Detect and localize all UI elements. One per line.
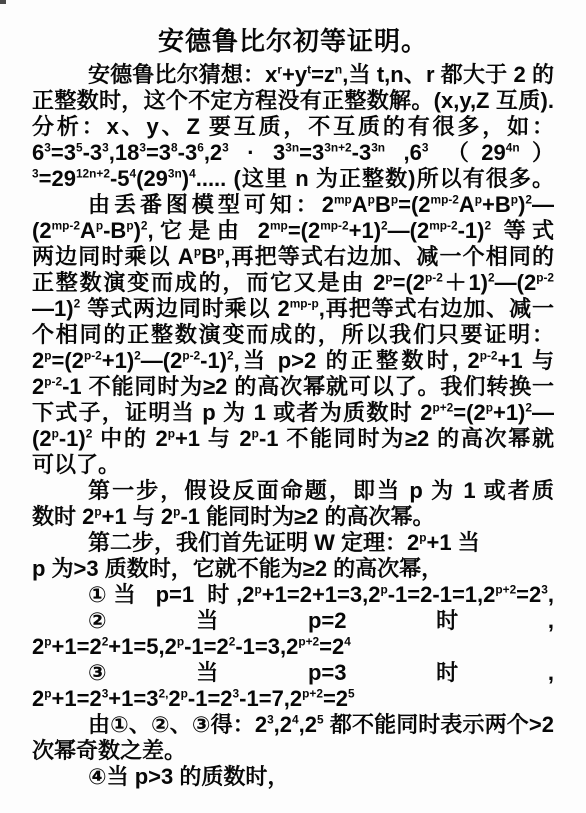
superscript: 2 (488, 271, 495, 285)
superscript: p (475, 193, 482, 207)
superscript: mp-2 (429, 219, 457, 233)
text-run: -3 (352, 140, 372, 165)
text-run: 数时 2 (32, 504, 94, 529)
text-run: —(2 (495, 270, 537, 295)
superscript: 5 (317, 713, 324, 727)
text-line-7: (2mp-2Ap-Bp)2,它是由 2mp=(2mp-2+1)2—(2mp-2-… (32, 218, 554, 244)
text-run: +1 与 2 (102, 504, 174, 529)
superscript: 6 (197, 141, 204, 155)
superscript: 2 (134, 349, 141, 363)
superscript: 3 (44, 141, 51, 155)
text-run: =3 (51, 140, 76, 165)
text-run: B (201, 244, 217, 269)
text-run: -5 (110, 166, 130, 191)
text-run: -1) (458, 218, 485, 243)
text-line-19: 第二步，我们首先证明 W 定理：2p+1 当 (32, 530, 554, 556)
superscript: 3n+2 (324, 141, 351, 155)
text-run: ＋1) (443, 270, 488, 295)
text-run: , (548, 660, 554, 686)
text-run: 2 (32, 374, 44, 399)
superscript: 3 (541, 583, 548, 597)
text-run: 由①、②、③得：2 (88, 712, 267, 737)
text-line-1: 安德鲁比尔猜想：xr+yt=zn,当 t,n、r 都大于 2 的 (32, 62, 554, 88)
text-run: 2 (32, 634, 44, 659)
text-run: ） (520, 140, 554, 165)
text-run: ,再把等式右边加、减一个相同的 (224, 244, 554, 269)
superscript: p (44, 349, 51, 363)
text-run: ) (182, 166, 189, 191)
superscript: 3n (285, 141, 299, 155)
text-run: 时 (436, 660, 458, 686)
superscript: p-2 (425, 271, 443, 285)
text-run: (2 (32, 218, 52, 243)
superscript: p (94, 505, 101, 519)
superscript: p+2 (432, 401, 453, 415)
text-run: =(2 (398, 192, 430, 217)
superscript: 4 (344, 635, 351, 649)
text-line-13: 2p-2-1 不能同时为≥2 的高次幂就可以了。我们转换一 (32, 374, 554, 400)
text-run: -1=7,2 (239, 686, 302, 711)
superscript: p-2 (480, 349, 498, 363)
text-line-25: 2p+1=23+1=32,2p-1=23-1=7,2p+2=25 (32, 686, 554, 712)
superscript: p-2 (44, 375, 62, 389)
text-run: +1=2+1=3,2 (262, 582, 381, 607)
text-line-15: (2p-1)2 中的 2p+1 与 2p-1 不能同时为≥2 的高次幂就 (32, 426, 554, 452)
text-run: ,当 t,n、r 都大于 2 的 (342, 62, 554, 87)
superscript: mp-2 (431, 193, 459, 207)
text-run: p=2 (308, 608, 347, 634)
text-run: +1) (349, 218, 381, 243)
text-run: 等式 (491, 218, 554, 243)
superscript: mp-2 (52, 219, 80, 233)
text-line-12: 2p=(2p-2+1)2—(2p-2-1)2,当 p>2 的正整数时, 2p-2… (32, 348, 554, 374)
text-run: =3 (146, 140, 171, 165)
text-run: (29 (136, 166, 168, 191)
text-line-10: —1)2 等式两边同时乘以 2mp-p,再把等式右边加、减一 (32, 296, 554, 322)
superscript: p (486, 401, 493, 415)
text-run: 第一步，假设反面命题，即当 p 为 1 或者质 (88, 478, 554, 503)
text-run: +1=3 (108, 686, 158, 711)
text-run: B (375, 192, 391, 217)
text-run: —1) (32, 296, 74, 321)
text-run: -1) (200, 348, 227, 373)
superscript: p (96, 219, 103, 233)
superscript: p (252, 427, 259, 441)
text-run: ,2 (204, 140, 222, 165)
superscript: 3n (371, 141, 385, 155)
text-line-14: 下式子，证明当 p 为 1 或者为质数时 2p+2=(2p+1)2— (32, 400, 554, 426)
superscript: p (52, 427, 59, 441)
text-run: =z (311, 62, 335, 87)
text-run: 两边同时乘以 A (32, 244, 194, 269)
document-title: 安德鲁比尔初等证明。 (32, 25, 554, 57)
superscript: p (368, 193, 375, 207)
text-run: , (548, 608, 554, 634)
superscript: p (126, 219, 133, 233)
text-line-18: 数时 2p+1 与 2p-1 能同时为≥2 的高次幂。 (32, 504, 554, 530)
superscript: 2, (158, 687, 168, 701)
text-run: ,18 (109, 140, 140, 165)
text-run: +y (282, 62, 307, 87)
text-run: 个相同的正整数演变而成的，所以我们只要证明： (32, 322, 554, 347)
text-run: ) (134, 218, 141, 243)
text-run: —(2 (388, 218, 430, 243)
text-line-20: p 为>3 质数时，它就不能为≥2 的高次幂， (32, 556, 554, 582)
text-run: +1 与 2 (175, 426, 252, 451)
text-run: A (459, 192, 475, 217)
text-line-8: 两边同时乘以 ApBp,再把等式右边加、减一个相同的 (32, 244, 554, 270)
superscript: p (255, 583, 262, 597)
superscript: 4 (292, 713, 299, 727)
superscript: mp (270, 219, 288, 233)
text-run: -1) (59, 426, 86, 451)
superscript: p-2 (182, 349, 200, 363)
text-run: -1=2 (184, 634, 229, 659)
text-run: ,当 p>2 的正整数时, 2 (234, 348, 480, 373)
text-run: =2 (323, 686, 348, 711)
superscript: p (419, 531, 426, 545)
text-run: 下式子，证明当 p 为 1 或者为质数时 2 (32, 400, 432, 425)
text-line-2: 正整数时，这个不定方程没有正整数解。(x,y,Z 互质). (32, 88, 554, 114)
text-line-5: 3=2912n+2-54(293n)4..... (这里 n 为正整数)所以有很… (32, 166, 554, 192)
text-run: — (532, 192, 554, 217)
text-run: 正整数演变而成的，而它又是由 2 (32, 270, 385, 295)
text-line-11: 个相同的正整数演变而成的，所以我们只要证明： (32, 322, 554, 348)
text-run: ①当 p=1 时,2 (88, 582, 255, 607)
text-run: ,再把等式右边加、减一 (319, 296, 554, 321)
text-run: · 3 (229, 140, 285, 165)
text-run: p 为>3 质数时，它就不能为≥2 的高次幂， (32, 556, 443, 581)
text-run: =(2 (52, 348, 84, 373)
text-run: =(2 (453, 400, 485, 425)
superscript: 3 (222, 141, 229, 155)
text-run: -1 不能同时为≥2 的高次幂就 (259, 426, 554, 451)
superscript: p (391, 193, 398, 207)
superscript: p (177, 635, 184, 649)
text-line-23: 2p+1=22+1=5,2p-1=22-1=3,2p+2=24 (32, 634, 554, 660)
text-run: ② (88, 608, 107, 634)
text-run: 等式两边同时乘以 2 (80, 296, 290, 321)
text-run: （29 (428, 140, 505, 165)
superscript: 8 (171, 141, 178, 155)
text-line-17: 第一步，假设反面命题，即当 p 为 1 或者质 (32, 478, 554, 504)
text-run: 2 (32, 348, 44, 373)
text-run: 时 (436, 608, 458, 634)
text-run: 6 (32, 140, 44, 165)
text-run: ,6 (385, 140, 422, 165)
text-run: 2 (168, 686, 180, 711)
text-line-22: ②当p=2时, (32, 608, 554, 634)
text-run: =29 (39, 166, 76, 191)
scan-corner-artifact (0, 0, 6, 4)
text-run: +1) (493, 400, 525, 425)
text-run: -3 (83, 140, 103, 165)
text-run: ③ (88, 660, 107, 686)
text-run: — (532, 400, 554, 425)
text-run: ,它是由 2 (148, 218, 270, 243)
text-run: 2 (32, 686, 44, 711)
text-run: +1=2 (52, 686, 102, 711)
text-run: +1 当 (427, 530, 480, 555)
text-run: (2 (32, 426, 52, 451)
text-line-24: ③当p=3时, (32, 660, 554, 686)
text-run: 可以了。 (32, 452, 120, 477)
text-run: p=3 (308, 660, 347, 686)
text-run: =2 (516, 582, 541, 607)
superscript: 2 (141, 219, 148, 233)
text-run: 安德鲁比尔猜想：x (88, 62, 277, 87)
text-run: 当 (196, 660, 218, 686)
text-line-28: ④当 p>3 的质数时， (32, 764, 554, 790)
superscript: p (168, 427, 175, 441)
text-run: +1=2 (52, 634, 102, 659)
text-run: 中的 2 (92, 426, 167, 451)
superscript: p (181, 687, 188, 701)
superscript: 12n+2 (76, 167, 110, 181)
text-run: +B (482, 192, 511, 217)
text-run: 都不能同时表示两个>2 (324, 712, 554, 737)
superscript: p (380, 583, 387, 597)
text-run: 次幂奇数之差。 (32, 738, 186, 763)
text-line-21: ①当 p=1 时,2p+1=2+1=3,2p-1=2-1=1,2p+2=23, (32, 582, 554, 608)
text-run: -1 能同时为≥2 的高次幂。 (180, 504, 434, 529)
superscript: 2 (227, 349, 234, 363)
text-run: 由丢番图模型可知：2 (88, 192, 334, 217)
text-run: =2 (319, 634, 344, 659)
superscript: p (194, 245, 201, 259)
superscript: 3 (102, 141, 109, 155)
superscript: 3n (168, 167, 182, 181)
text-run: , (548, 582, 554, 607)
superscript: p+2 (495, 583, 516, 597)
superscript: p+2 (298, 635, 319, 649)
text-run: -1=2-1=1,2 (388, 582, 496, 607)
superscript: 3 (32, 167, 39, 181)
text-run: +1=5,2 (108, 634, 177, 659)
superscript: p (511, 193, 518, 207)
text-run: ..... (这里 n 为正整数)所以有很多。 (196, 166, 554, 191)
text-run: -3 (178, 140, 198, 165)
text-run: 分析：x、y、Z 要互质，不互质的有很多，如： (32, 114, 554, 139)
document-page: 安德鲁比尔初等证明。 安德鲁比尔猜想：xr+yt=zn,当 t,n、r 都大于 … (0, 0, 586, 813)
text-run: 当 (196, 608, 218, 634)
text-run: 第二步，我们首先证明 W 定理：2 (88, 530, 419, 555)
text-run: +1) (102, 348, 134, 373)
text-run: ,2 (274, 712, 292, 737)
superscript: p (385, 271, 392, 285)
superscript: mp-p (290, 297, 319, 311)
document-body: 安德鲁比尔猜想：xr+yt=zn,当 t,n、r 都大于 2 的正整数时，这个不… (32, 62, 554, 790)
text-line-3: 分析：x、y、Z 要互质，不互质的有很多，如： (32, 114, 554, 140)
text-run: =(2 (288, 218, 320, 243)
document-content: 安德鲁比尔初等证明。 安德鲁比尔猜想：xr+yt=zn,当 t,n、r 都大于 … (0, 0, 586, 790)
superscript: p-2 (84, 349, 102, 363)
text-line-16: 可以了。 (32, 452, 554, 478)
text-run: +1 与 (498, 348, 554, 373)
superscript: 5 (348, 687, 355, 701)
superscript: 5 (76, 141, 83, 155)
superscript: 3 (267, 713, 274, 727)
text-run: -B (103, 218, 126, 243)
text-run: A (352, 192, 368, 217)
text-line-9: 正整数演变而成的，而它又是由 2p=(2p-2＋1)2—(2p-2 (32, 270, 554, 296)
text-run: =3 (299, 140, 324, 165)
text-run: ④当 p>3 的质数时， (88, 764, 289, 789)
text-run: —(2 (141, 348, 183, 373)
superscript: p (44, 687, 51, 701)
superscript: 4 (189, 167, 196, 181)
text-line-6: 由丢番图模型可知：2mpApBp=(2mp-2Ap+Bp)2— (32, 192, 554, 218)
superscript: 2 (381, 219, 388, 233)
text-run: 正整数时，这个不定方程没有正整数解。(x,y,Z 互质). (32, 88, 554, 113)
superscript: p+2 (302, 687, 323, 701)
text-run: A (80, 218, 96, 243)
superscript: 2 (525, 193, 532, 207)
superscript: p-2 (536, 271, 554, 285)
text-run: -1=2 (188, 686, 233, 711)
superscript: 3 (139, 141, 146, 155)
superscript: p (44, 635, 51, 649)
text-run: -1 不能同时为≥2 的高次幂就可以了。我们转换一 (62, 374, 554, 399)
text-line-26: 由①、②、③得：23,24,25 都不能同时表示两个>2 (32, 712, 554, 738)
superscript: 2 (525, 401, 532, 415)
superscript: mp-2 (320, 219, 348, 233)
text-line-27: 次幂奇数之差。 (32, 738, 554, 764)
superscript: 4n (506, 141, 520, 155)
text-run: -1=3,2 (235, 634, 298, 659)
text-run: =(2 (393, 270, 425, 295)
text-line-4: 63=35-33,183=38-36,23 · 33n=33n+2-33n ,6… (32, 140, 554, 166)
text-run: ,2 (299, 712, 317, 737)
superscript: mp (334, 193, 352, 207)
